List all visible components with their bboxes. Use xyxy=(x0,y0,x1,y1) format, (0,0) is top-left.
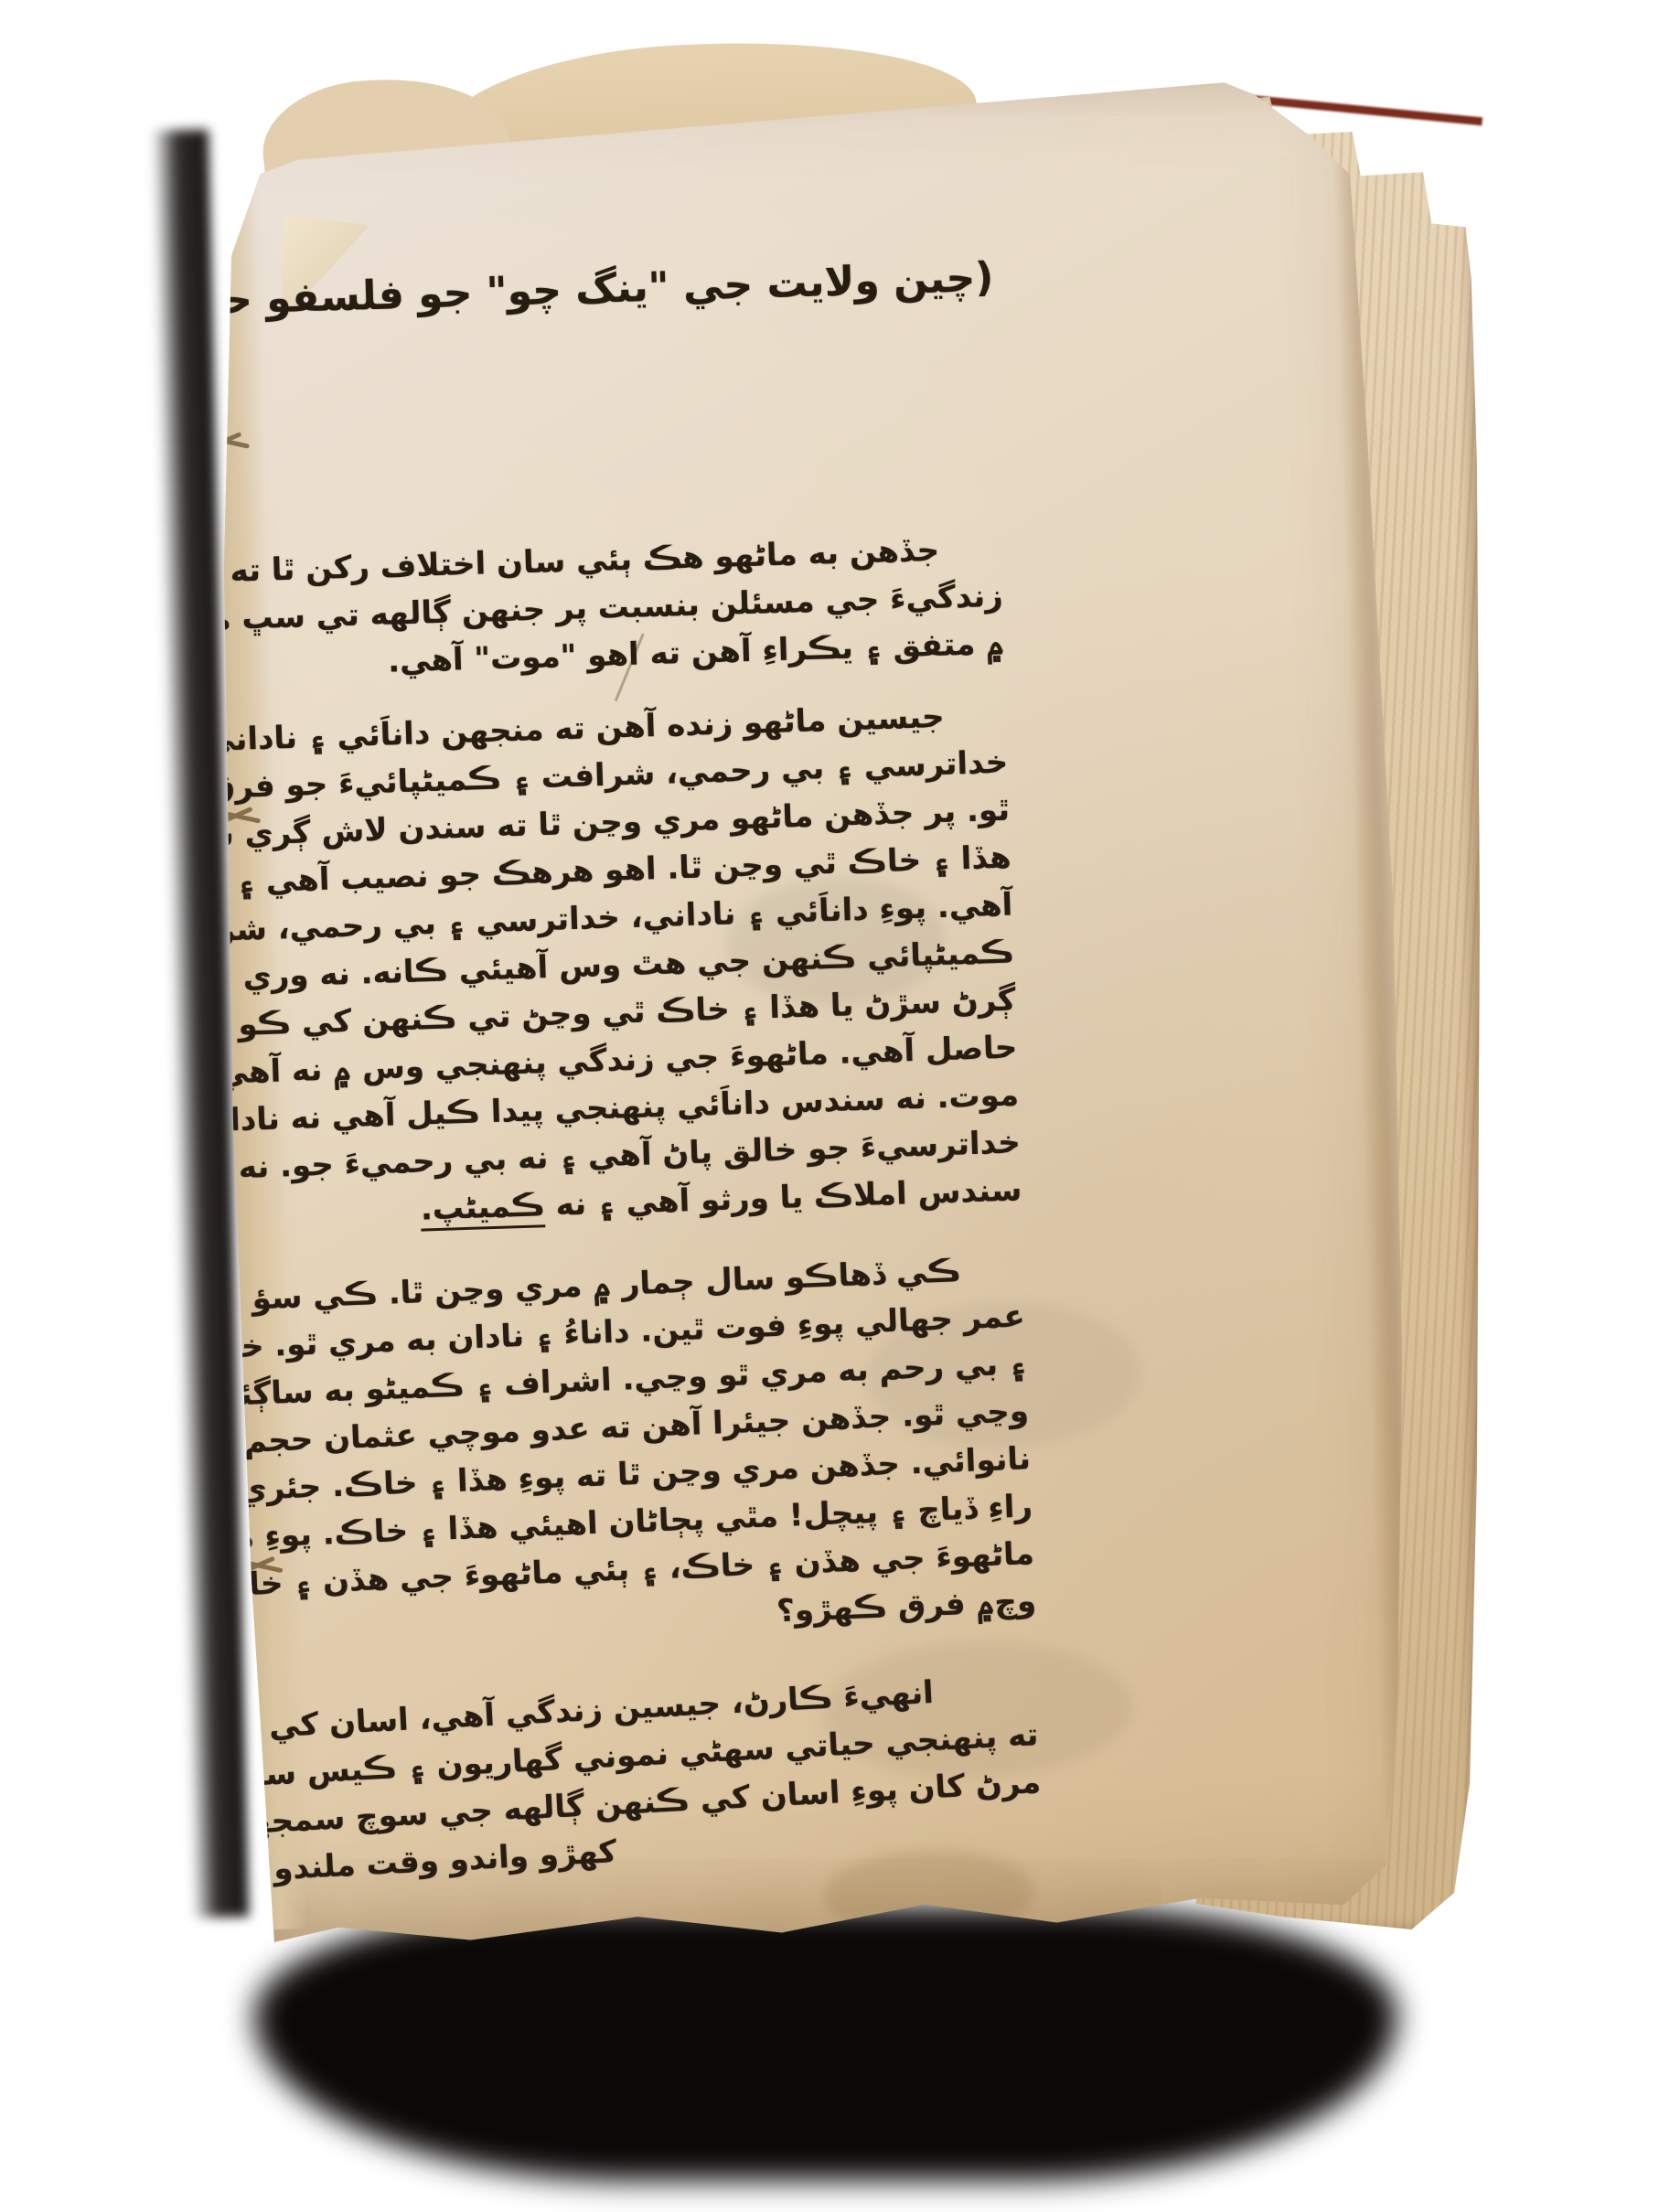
paragraph-2: جيسين ماڻهو زنده آهن ته منجهن داناَئي ۽ … xyxy=(221,691,1022,1239)
book-page: (چين ولايت جي "ينگ چو" جو فلسفو حيات) جڏ… xyxy=(188,74,1440,1950)
page-text: (چين ولايت جي "ينگ چو" جو فلسفو حيات) جڏ… xyxy=(203,86,1040,1877)
book-cast-shadow xyxy=(254,1907,1397,2181)
paragraph-3: ڪي ڏهاڪو سال ڄمار ۾ مري وڃن ٿا. ڪي سؤ سا… xyxy=(238,1245,1037,1655)
page-title: (چين ولايت جي "ينگ چو" جو فلسفو حيات) xyxy=(209,249,995,330)
underlined-word: ڪميڻپ. xyxy=(420,1187,545,1231)
book-page-photo: (چين ولايت جي "ينگ چو" جو فلسفو حيات) جڏ… xyxy=(0,0,1659,2212)
text-line-fragment: سندس املاڪ يا ورثو آهي ۽ نه xyxy=(544,1171,1022,1224)
paragraph-1: جڏهن به ماڻهو هڪ ٻئي سان اختلاف رکن ٿا ت… xyxy=(217,525,1005,690)
paragraph-4: انهيءَ ڪارڻ، جيسين زندگي آهي، اسان کي جڳ… xyxy=(251,1663,1044,1894)
